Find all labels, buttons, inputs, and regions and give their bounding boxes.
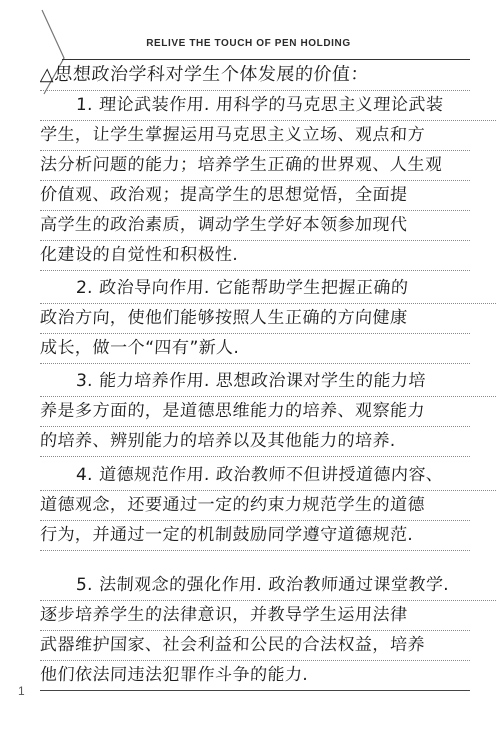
margin-page-mark: 1 xyxy=(18,684,25,698)
line-text: 成长，做一个“四有”新人. xyxy=(40,333,240,363)
text-line: 政治方向，使他们能够按照人生正确的方向健康 xyxy=(40,303,470,334)
text-line: 2. 政治导向作用. 它能帮助学生把握正确的 xyxy=(40,273,497,304)
text-line: 成长，做一个“四有”新人. xyxy=(40,333,470,364)
line-text: 武器维护国家、社会利益和公民的合法权益，培养 xyxy=(40,630,426,660)
text-line: 4. 道德规范作用. 政治教师不但讲授道德内容、 xyxy=(40,460,497,491)
text-line: 1. 理论武装作用. 用科学的马克思主义理论武装 xyxy=(40,90,497,121)
line-text: 政治方向，使他们能够按照人生正确的方向健康 xyxy=(40,303,408,333)
text-line: 法分析问题的能力；培养学生正确的世界观、人生观 xyxy=(40,150,470,181)
text-line: 3. 能力培养作用. 思想政治课对学生的能力培 xyxy=(40,366,497,397)
text-line: 武器维护国家、社会利益和公民的合法权益，培养 xyxy=(40,630,470,661)
line-text: 学生，让学生掌握运用马克思主义立场、观点和方 xyxy=(40,120,426,150)
line-text: 2. 政治导向作用. 它能帮助学生把握正确的 xyxy=(75,273,409,303)
line-text: 行为，并通过一定的机制鼓励同学遵守道德规范. xyxy=(40,520,414,550)
line-text: 4. 道德规范作用. 政治教师不但讲授道德内容、 xyxy=(75,460,444,490)
line-text: 价值观、政治观；提高学生的思想觉悟，全面提 xyxy=(40,180,408,210)
line-text: 的培养、辨别能力的培养以及其他能力的培养. xyxy=(40,426,397,456)
line-text: 法分析问题的能力；培养学生正确的世界观、人生观 xyxy=(40,150,443,180)
text-line: 化建设的自觉性和积极性. xyxy=(40,240,470,271)
text-line: 5. 法制观念的强化作用. 政治教师通过课堂教学. xyxy=(40,570,497,601)
text-line: 逐步培养学生的法律意识，并教导学生运用法律 xyxy=(40,600,470,631)
text-line: 价值观、政治观；提高学生的思想觉悟，全面提 xyxy=(40,180,470,211)
line-text: 他们依法同违法犯罪作斗争的能力. xyxy=(40,660,309,690)
line-text: 3. 能力培养作用. 思想政治课对学生的能力培 xyxy=(75,366,427,396)
line-text: 养是多方面的，是道德思维能力的培养、观察能力 xyxy=(40,396,426,426)
text-line: 的培养、辨别能力的培养以及其他能力的培养. xyxy=(40,426,470,457)
document-title: △思想政治学科对学生个体发展的价值： xyxy=(40,60,470,91)
line-text: 逐步培养学生的法律意识，并教导学生运用法律 xyxy=(40,600,408,630)
line-text: 5. 法制观念的强化作用. 政治教师通过课堂教学. xyxy=(75,570,450,600)
line-text: 1. 理论武装作用. 用科学的马克思主义理论武装 xyxy=(75,90,444,120)
line-text: 道德观念，还要通过一定的约束力规范学生的道德 xyxy=(40,490,426,520)
text-line: 养是多方面的，是道德思维能力的培养、观察能力 xyxy=(40,396,470,427)
line-text: 化建设的自觉性和积极性. xyxy=(40,240,239,270)
text-line: 高学生的政治素质，调动学生学好本领参加现代 xyxy=(40,210,470,241)
title-text: △思想政治学科对学生个体发展的价值： xyxy=(40,60,370,90)
text-line: 道德观念，还要通过一定的约束力规范学生的道德 xyxy=(40,490,470,521)
line-text: 高学生的政治素质，调动学生学好本领参加现代 xyxy=(40,210,408,240)
text-line: 他们依法同违法犯罪作斗争的能力. xyxy=(40,660,470,691)
notebook-header-label: RELIVE THE TOUCH OF PEN HOLDING xyxy=(0,38,497,49)
text-line: 行为，并通过一定的机制鼓励同学遵守道德规范. xyxy=(40,520,470,551)
text-line: 学生，让学生掌握运用马克思主义立场、观点和方 xyxy=(40,120,470,151)
